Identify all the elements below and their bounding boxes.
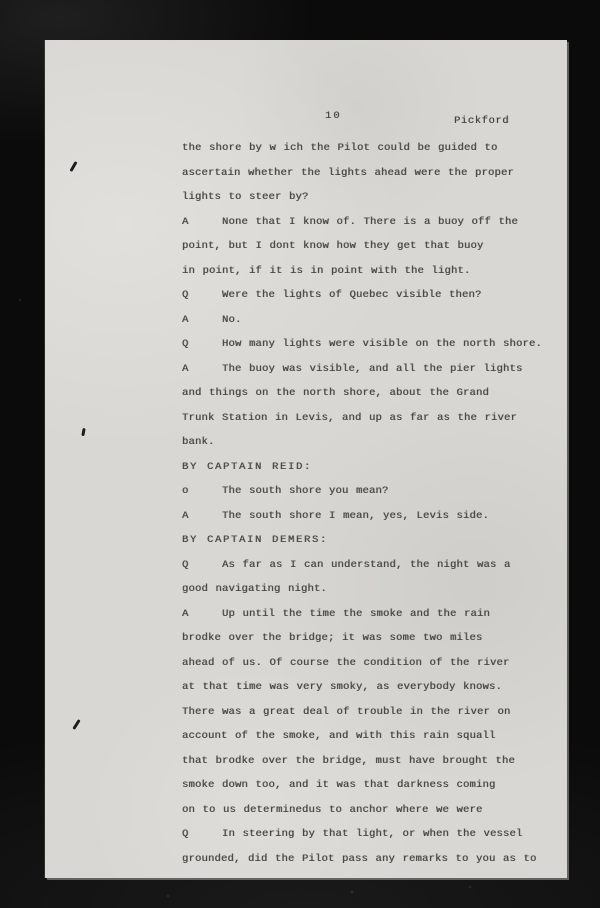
qa-prefix: A — [182, 210, 222, 235]
qa-prefix: o — [182, 479, 222, 504]
line-text: and things on the north shore, about the… — [182, 387, 489, 399]
transcript-line: ascertain whether the lights ahead were … — [182, 161, 564, 186]
pen-tick-mark — [69, 161, 77, 172]
qa-prefix: A — [182, 357, 222, 382]
qa-prefix: Q — [182, 283, 222, 308]
line-text: good navigating night. — [182, 583, 327, 595]
speaker-heading-line: BY CAPTAIN DEMERS: — [182, 528, 564, 553]
transcript-line: smoke down too, and it was that darkness… — [182, 773, 564, 798]
pen-stroke-mark — [81, 428, 85, 436]
transcript-line: ahead of us. Of course the condition of … — [182, 651, 564, 676]
line-text: Up until the time the smoke and the rain — [222, 608, 490, 620]
photo-background: 10 Pickford the shore by w ich the Pilot… — [0, 0, 600, 908]
transcript-line: account of the smoke, and with this rain… — [182, 724, 564, 749]
line-text: BY CAPTAIN DEMERS: — [182, 534, 328, 546]
page-number: 10 — [325, 110, 342, 122]
transcript-line: AUp until the time the smoke and the rai… — [182, 602, 564, 627]
line-text: on to us determinedus to anchor where we… — [182, 804, 483, 816]
transcript-line: QWere the lights of Quebec visible then? — [182, 283, 564, 308]
transcript-line: There was a great deal of trouble in the… — [182, 700, 564, 725]
line-text: There was a great deal of trouble in the… — [182, 706, 511, 718]
transcript-line: and things on the north shore, about the… — [182, 381, 564, 406]
line-text: BY CAPTAIN REID: — [182, 461, 312, 473]
line-text: brodke over the bridge; it was some two … — [182, 632, 483, 644]
document-page: 10 Pickford the shore by w ich the Pilot… — [45, 40, 567, 878]
qa-prefix: A — [182, 504, 222, 529]
line-text: The south shore you mean? — [222, 485, 389, 497]
line-text: point, but I dont know how they get that… — [182, 240, 484, 252]
line-text: How many lights were visible on the nort… — [222, 338, 542, 350]
line-text: In steering by that light, or when the v… — [222, 828, 523, 840]
speaker-heading-line: BY CAPTAIN REID: — [182, 455, 564, 480]
transcript-line: at that time was very smoky, as everybod… — [182, 675, 564, 700]
transcript-line: AThe buoy was visible, and all the pier … — [182, 357, 564, 382]
transcript-line: brodke over the bridge; it was some two … — [182, 626, 564, 651]
transcript-line: Trunk Station in Levis, and up as far as… — [182, 406, 564, 431]
line-text: Trunk Station in Levis, and up as far as… — [182, 412, 517, 424]
line-text: ascertain whether the lights ahead were … — [182, 167, 514, 179]
qa-prefix: Q — [182, 822, 222, 847]
line-text: in point, if it is in point with the lig… — [182, 265, 471, 277]
transcript-line: good navigating night. — [182, 577, 564, 602]
transcript-line: lights to steer by? — [182, 185, 564, 210]
transcript-line: ANo. — [182, 308, 564, 333]
line-text: bank. — [182, 436, 215, 448]
line-text: ahead of us. Of course the condition of … — [182, 657, 510, 669]
line-text: No. — [222, 314, 242, 326]
transcript-line: in point, if it is in point with the lig… — [182, 259, 564, 284]
transcript-line: on to us determinedus to anchor where we… — [182, 798, 564, 823]
qa-prefix: Q — [182, 332, 222, 357]
line-text: that brodke over the bridge, must have b… — [182, 755, 515, 767]
line-text: The buoy was visible, and all the pier l… — [222, 363, 523, 375]
qa-prefix: A — [182, 602, 222, 627]
line-text: at that time was very smoky, as everybod… — [182, 681, 502, 693]
transcript-line: AThe south shore I mean, yes, Levis side… — [182, 504, 564, 529]
line-text: account of the smoke, and with this rain… — [182, 730, 496, 742]
pen-tick-mark — [72, 719, 80, 730]
transcript-line: that brodke over the bridge, must have b… — [182, 749, 564, 774]
witness-name: Pickford — [454, 115, 509, 127]
transcript-line: bank. — [182, 430, 564, 455]
line-text: None that I know of. There is a buoy off… — [222, 216, 518, 228]
transcript-line: the shore by w ich the Pilot could be gu… — [182, 136, 564, 161]
line-text: The south shore I mean, yes, Levis side. — [222, 510, 489, 522]
transcript-line: point, but I dont know how they get that… — [182, 234, 564, 259]
transcript-line: QIn steering by that light, or when the … — [182, 822, 564, 847]
transcript-text: the shore by w ich the Pilot could be gu… — [182, 136, 564, 871]
line-text: As far as I can understand, the night wa… — [222, 559, 511, 571]
qa-prefix: Q — [182, 553, 222, 578]
line-text: smoke down too, and it was that darkness… — [182, 779, 496, 791]
transcript-line: QAs far as I can understand, the night w… — [182, 553, 564, 578]
line-text: lights to steer by? — [182, 191, 309, 203]
transcript-line: grounded, did the Pilot pass any remarks… — [182, 847, 564, 872]
line-text: the shore by w ich the Pilot could be gu… — [182, 142, 498, 154]
qa-prefix: A — [182, 308, 222, 333]
transcript-line: oThe south shore you mean? — [182, 479, 564, 504]
transcript-line: ANone that I know of. There is a buoy of… — [182, 210, 564, 235]
line-text: Were the lights of Quebec visible then? — [222, 289, 482, 301]
transcript-line: QHow many lights were visible on the nor… — [182, 332, 564, 357]
line-text: grounded, did the Pilot pass any remarks… — [182, 853, 537, 865]
